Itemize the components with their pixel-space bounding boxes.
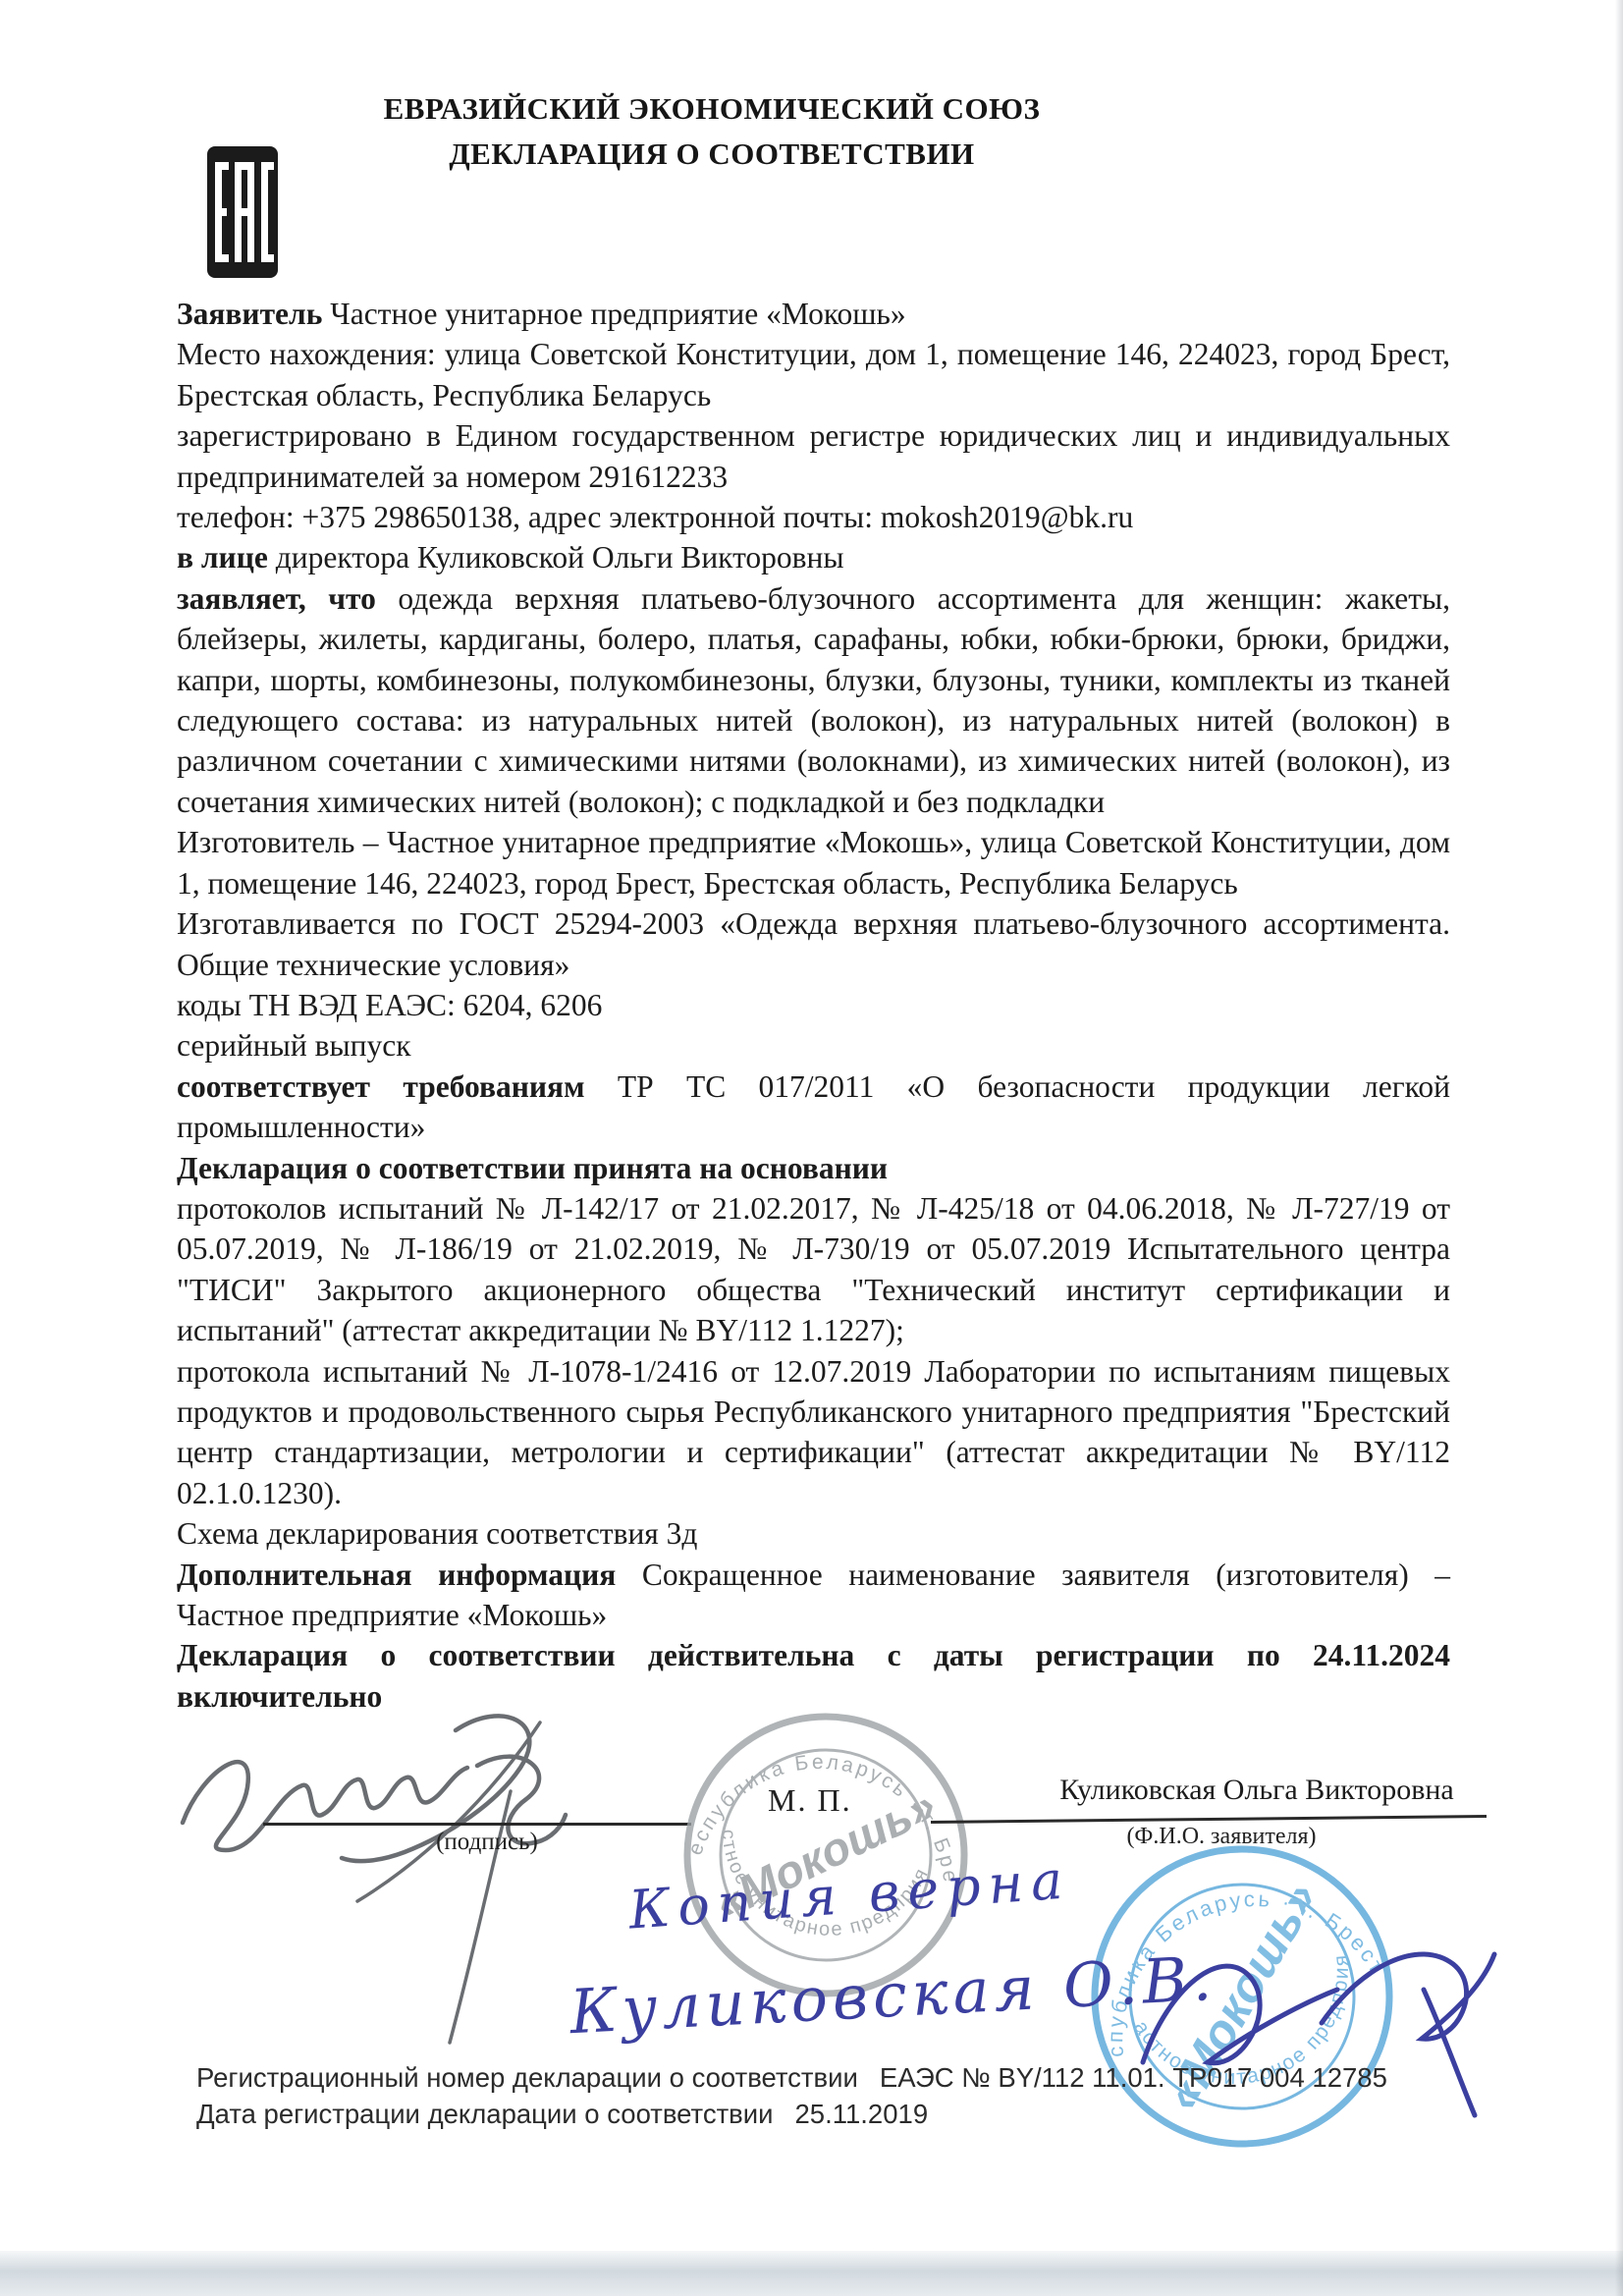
paragraph-segment: Изготавливается по ГОСТ 25294-2003 «Одеж… [177, 906, 1450, 981]
paragraph: Декларация о соответствии принята на осн… [177, 1148, 1450, 1188]
paragraph: Заявитель Частное унитарное предприятие … [177, 294, 1450, 334]
document-title: ЕВРАЗИЙСКИЙ ЭКОНОМИЧЕСКИЙ СОЮЗ ДЕКЛАРАЦИ… [295, 86, 1129, 177]
paragraph-segment: коды ТН ВЭД ЕАЭС: 6204, 6206 [177, 988, 602, 1022]
title-line-1: ЕВРАЗИЙСКИЙ ЭКОНОМИЧЕСКИЙ СОЮЗ [295, 86, 1129, 132]
scan-right-edge [1615, 0, 1623, 2296]
paragraph: Изготавливается по ГОСТ 25294-2003 «Одеж… [177, 903, 1450, 985]
registration-date-row: Дата регистрации декларации о соответств… [196, 2099, 928, 2130]
registration-date-label: Дата регистрации декларации о соответств… [196, 2099, 774, 2129]
paragraph: коды ТН ВЭД ЕАЭС: 6204, 6206 [177, 985, 1450, 1025]
eac-mark-icon [206, 145, 279, 279]
signature-caption: (подпись) [373, 1829, 601, 1856]
paragraph-segment: зарегистрировано в Едином государственно… [177, 418, 1450, 493]
paragraph: Изготовитель – Частное унитарное предпри… [177, 822, 1450, 903]
paragraph: серийный выпуск [177, 1025, 1450, 1066]
declaration-document: ЕВРАЗИЙСКИЙ ЭКОНОМИЧЕСКИЙ СОЮЗ ДЕКЛАРАЦИ… [0, 0, 1623, 2296]
paragraph-bold-segment: Декларация о соответствии принята на осн… [177, 1151, 888, 1185]
registration-date-value: 25.11.2019 [795, 2099, 929, 2129]
fio-caption: (Ф.И.О. заявителя) [1108, 1824, 1335, 1850]
paragraph-segment: директора Куликовской Ольги Викторовны [276, 540, 844, 574]
paragraph-segment: Место нахождения: улица Советской Консти… [177, 337, 1450, 411]
registration-number-label: Регистрационный номер декларации о соотв… [196, 2062, 858, 2093]
seal-place-label: М. П. [768, 1782, 852, 1819]
paragraph: Дополнительная информация Сокращенное на… [177, 1555, 1450, 1636]
registration-number-value: ЕАЭС № BY/112 11.01. ТР017 004 12785 [880, 2062, 1387, 2093]
paragraph-segment: одежда верхняя платьево-блузочного ассор… [177, 581, 1450, 819]
paragraph: телефон: +375 298650138, адрес электронн… [177, 497, 1450, 537]
fio-line [931, 1815, 1487, 1824]
paragraph: протокола испытаний № Л-1078-1/2416 от 1… [177, 1351, 1450, 1514]
paragraph: зарегистрировано в Едином государственно… [177, 415, 1450, 497]
signature-line [263, 1823, 691, 1826]
paragraph: Схема декларирования соответствия 3д [177, 1513, 1450, 1554]
paragraph-bold-segment: в лице [177, 540, 276, 574]
paragraph-segment: Частное унитарное предприятие «Мокошь» [330, 297, 905, 331]
handwritten-name-note: Куликовская О.В. [568, 1942, 1218, 2048]
paragraph: соответствует требованиям ТР ТС 017/2011… [177, 1066, 1450, 1148]
applicant-signature-ink [165, 1697, 587, 2060]
handwritten-copy-note: Копия верна [626, 1848, 1072, 1941]
paragraph-segment: серийный выпуск [177, 1028, 411, 1063]
body-paragraphs: Заявитель Частное унитарное предприятие … [177, 294, 1450, 1717]
paragraph: протоколов испытаний № Л-142/17 от 21.02… [177, 1188, 1450, 1351]
title-line-2: ДЕКЛАРАЦИЯ О СООТВЕТСТВИИ [295, 132, 1129, 177]
paragraph: заявляет, что одежда верхняя платьево-бл… [177, 578, 1450, 822]
applicant-name: Куликовская Ольга Викторовна [1049, 1774, 1465, 1807]
paragraph: Место нахождения: улица Советской Консти… [177, 334, 1450, 415]
paragraph-segment: Изготовитель – Частное унитарное предпри… [177, 825, 1450, 900]
scan-bottom-band [0, 2251, 1623, 2296]
paragraph-bold-segment: Заявитель [177, 297, 330, 331]
paragraph-segment: протоколов испытаний № Л-142/17 от 21.02… [177, 1191, 1450, 1347]
paragraph-segment: Схема декларирования соответствия 3д [177, 1516, 697, 1551]
paragraph: в лице директора Куликовской Ольги Викто… [177, 537, 1450, 577]
paragraph-segment: телефон: +375 298650138, адрес электронн… [177, 500, 1133, 534]
paragraph-bold-segment: Дополнительная информация [177, 1558, 642, 1592]
paragraph-bold-segment: соответствует требованиям [177, 1069, 618, 1104]
paragraph-segment: протокола испытаний № Л-1078-1/2416 от 1… [177, 1354, 1450, 1510]
registration-number-row: Регистрационный номер декларации о соотв… [196, 2062, 1387, 2094]
paragraph-bold-segment: заявляет, что [177, 581, 398, 616]
